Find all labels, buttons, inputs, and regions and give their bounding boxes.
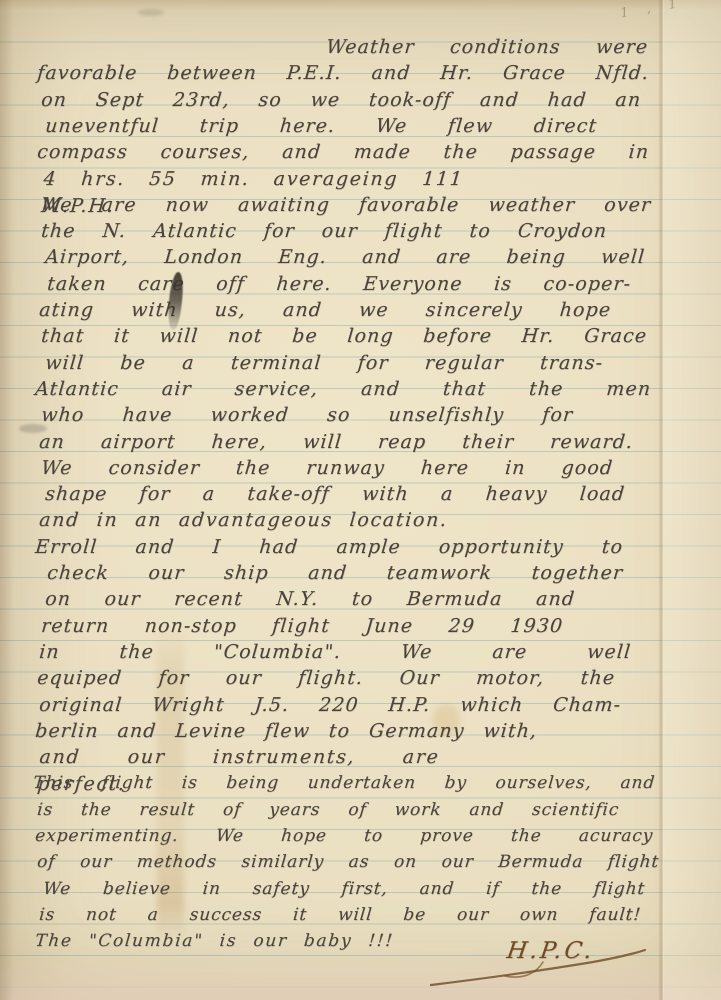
handwritten-line: original Wright J.5. 220 H.P. which Cham… — [38, 692, 622, 719]
handwritten-line: Weather conditions were — [325, 34, 649, 61]
handwritten-line: favorable between P.E.I. and Hr. Grace N… — [36, 60, 650, 87]
handwritten-line: berlin and Levine flew to Germany with, — [34, 718, 538, 745]
handwritten-line: is the result of years of work and scien… — [36, 797, 620, 824]
handwritten-line: an airport here, will reap their reward. — [38, 429, 634, 456]
handwritten-line: return non-stop flight June 29 1930 — [40, 613, 564, 640]
handwritten-line: Atlantic air service, and that the men — [34, 376, 652, 403]
handwritten-line: shape for a take-off with a heavy load — [44, 481, 626, 508]
handwritten-line: on our recent N.Y. to Bermuda and — [44, 586, 576, 613]
handwritten-line: taken care off here. Everyone is co-oper… — [46, 271, 632, 298]
ink-smudge — [138, 9, 164, 16]
handwritten-line: uneventful trip here. We flew direct — [44, 113, 598, 140]
handwritten-line: Airport, London Eng. and are being well — [44, 244, 646, 271]
handwritten-line: who have worked so unselfishly for — [40, 402, 574, 429]
handwritten-line: experimenting. We hope to prove the acur… — [34, 823, 654, 850]
handwritten-line: check our ship and teamwork together — [46, 560, 624, 587]
handwritten-line: The "Columbia" is our baby !!! — [34, 928, 446, 955]
handwritten-line: on Sept 23rd, so we took-off and had an — [40, 87, 642, 114]
handwritten-line: the N. Atlantic for our flight to Croydo… — [40, 218, 608, 245]
handwritten-line: We are now awaiting favorable weather ov… — [40, 192, 652, 219]
handwritten-line: compass courses, and made the passage in — [36, 139, 650, 166]
handwritten-line: This flight is being undertaken by ourse… — [32, 770, 656, 797]
signature-initials: H.P.C. — [505, 938, 596, 964]
handwritten-line: in the "Columbia". We are well — [38, 639, 632, 666]
handwritten-line: Erroll and I had ample opportunity to — [34, 534, 624, 561]
handwritten-line: will be a terminal for regular trans- — [44, 350, 604, 377]
handwritten-line: is not a success it will be our own faul… — [38, 902, 642, 929]
notebook-page: 1 , 1 Weather conditions were favorable … — [0, 0, 721, 1000]
handwritten-line: We believe in safety first, and if the f… — [42, 876, 646, 903]
handwritten-line: and in an advantageous location. — [38, 507, 460, 534]
adjacent-page-strip — [663, 0, 721, 1000]
handwritten-line: that it will not be long before Hr. Grac… — [40, 323, 648, 350]
handwritten-line: ating with us, and we sincerely hope — [38, 297, 612, 324]
handwritten-line: We consider the runway here in good — [40, 455, 614, 482]
handwritten-line: equiped for our flight. Our motor, the — [36, 665, 616, 692]
handwritten-line: of our methods similarly as on our Bermu… — [36, 849, 660, 876]
